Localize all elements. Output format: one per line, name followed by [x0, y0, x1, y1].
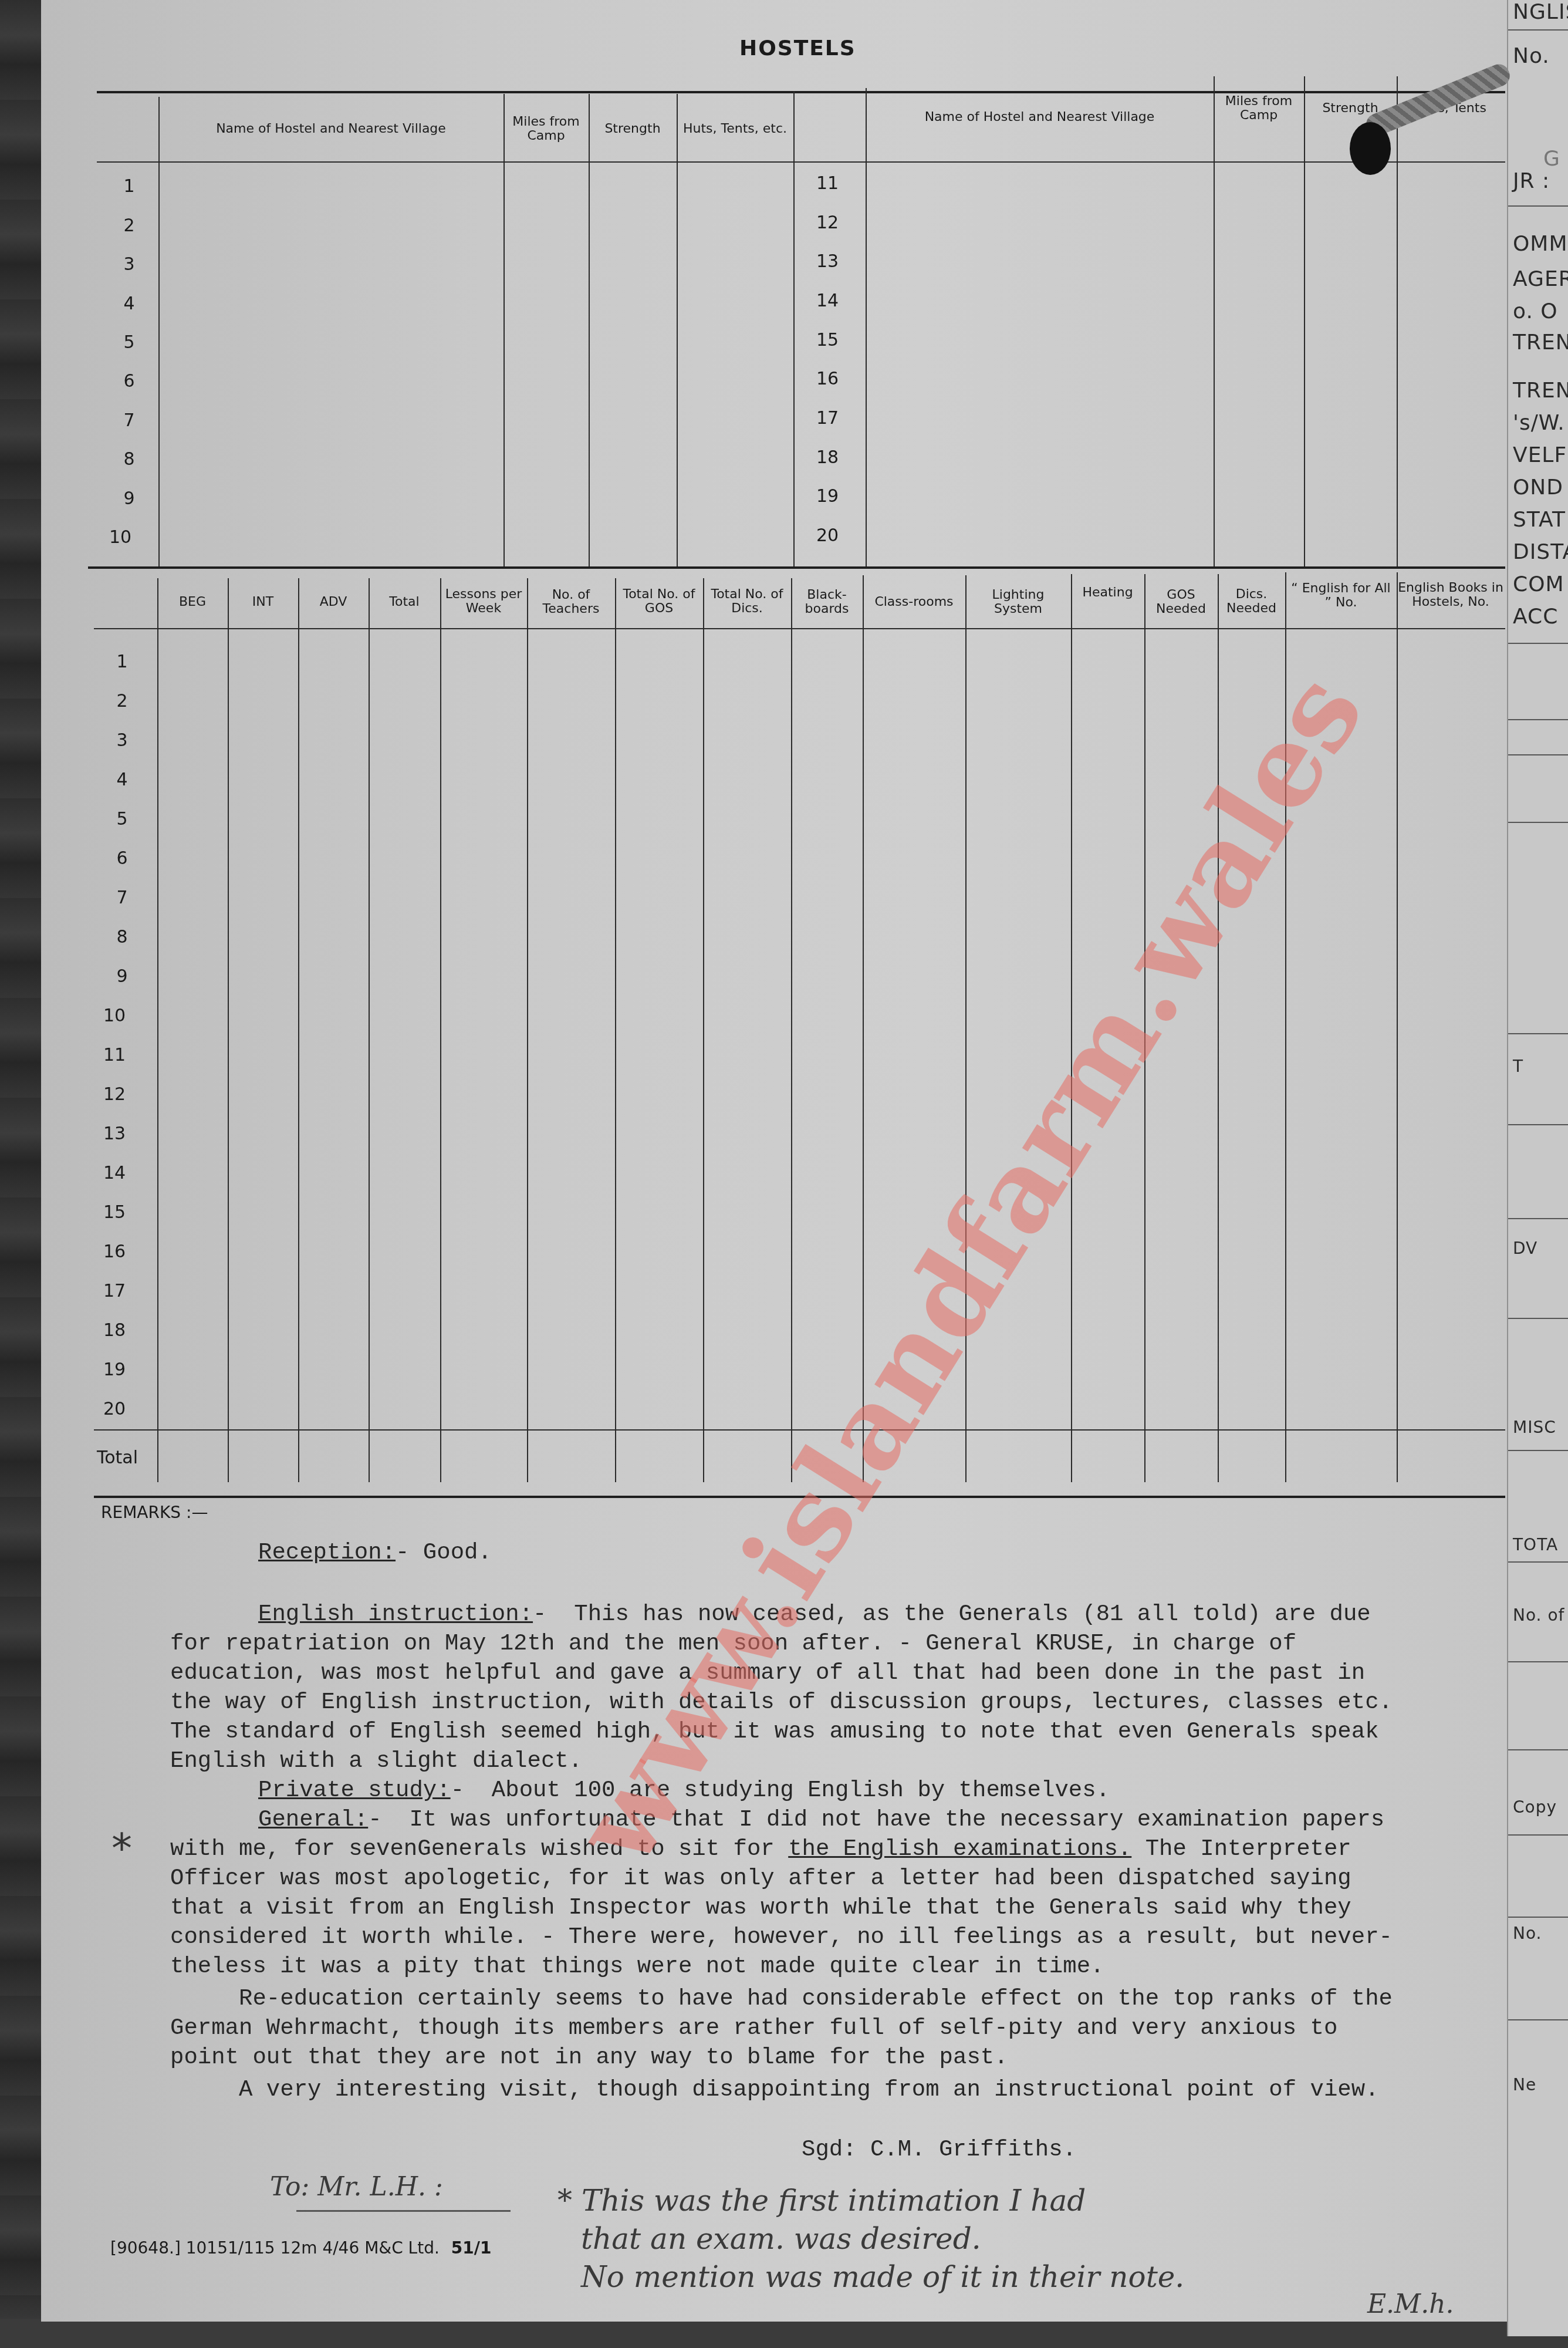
row-number: 5 [99, 809, 146, 829]
table-bottom-rule [94, 1496, 1505, 1498]
divider [1508, 29, 1568, 31]
row-number: 11 [91, 1045, 138, 1065]
divider [1508, 719, 1568, 720]
row-number: 13 [91, 1124, 138, 1144]
adjacent-page-fragment: DISTA [1513, 540, 1568, 564]
adjacent-page-fragment: OMMA [1513, 232, 1568, 256]
handwritten-underline [296, 2210, 511, 2212]
column-header-hostel-name: Name of Hostel and Nearest Village [160, 100, 502, 158]
column-header-english-books: English Books in Hostels, No. [1398, 568, 1503, 622]
adjacent-page: NGLIS No. G JR : OMMA AGER o. O TREN TRE… [1507, 0, 1568, 2336]
column-divider [527, 578, 528, 1482]
column-divider [866, 88, 867, 566]
column-header-teachers: No. of Teachers [528, 578, 614, 626]
adjacent-page-fragment: No. [1513, 44, 1550, 68]
divider [1508, 1033, 1568, 1034]
column-divider [440, 578, 441, 1482]
row-number: 16 [91, 1242, 138, 1262]
row-number: 19 [804, 486, 851, 507]
column-header-adv: ADV [299, 578, 367, 626]
row-number: 12 [804, 212, 851, 233]
row-number: 14 [91, 1163, 138, 1183]
remarks-text: that a visit from an English Inspector w… [170, 1893, 1351, 1922]
remarks-text: education, was most helpful and gave a s… [170, 1658, 1365, 1688]
row-number: 10 [91, 1006, 138, 1026]
row-number: 2 [106, 215, 153, 236]
underlined-text: the English examinations. [788, 1836, 1131, 1862]
adjacent-page-fragment: ACC [1513, 605, 1558, 629]
general-heading: General: [258, 1807, 368, 1833]
divider [1508, 1917, 1568, 1918]
row-number: 12 [91, 1084, 138, 1105]
adjacent-page-fragment: JR : [1513, 169, 1550, 193]
column-header-english-for-all: “ English for All ” No. [1286, 569, 1395, 622]
column-divider [228, 578, 229, 1482]
adjacent-page-fragment: No. of [1513, 1605, 1564, 1625]
header-bottom-rule [94, 628, 1505, 629]
divider [1508, 1834, 1568, 1836]
column-divider [1218, 574, 1219, 1482]
row-number: 8 [99, 927, 146, 947]
column-header-total: Total [370, 578, 439, 626]
row-number: 18 [91, 1320, 138, 1341]
handwritten-note-line: that an exam. was desired. [581, 2222, 981, 2256]
column-divider [1397, 572, 1398, 1482]
column-divider [863, 575, 864, 1482]
adjacent-page-fragment: NGLIS [1513, 0, 1568, 24]
remarks-text: - This has now ceased, as the Generals (… [533, 1601, 1371, 1627]
column-divider [1304, 76, 1305, 566]
column-divider [793, 91, 795, 566]
row-number: 9 [106, 488, 153, 509]
column-header-lessons-per-week: Lessons per Week [441, 575, 526, 628]
column-header-hostel-name: Name of Hostel and Nearest Village [867, 88, 1212, 147]
adjacent-page-fragment: MISC [1513, 1418, 1556, 1437]
divider [1508, 1561, 1568, 1563]
row-number: 6 [106, 371, 153, 392]
remarks-text: considered it worth while. - There were,… [170, 1922, 1393, 1952]
remarks-text: English with a slight dialect. [170, 1746, 582, 1776]
handwritten-note-line: No mention was made of it in their note. [581, 2260, 1184, 2294]
row-number: 18 [804, 447, 851, 468]
column-divider [615, 578, 616, 1482]
remarks-label: REMARKS :— [101, 1503, 208, 1522]
divider [1508, 754, 1568, 755]
column-divider [965, 575, 967, 1482]
adjacent-page-fragment: TREN [1513, 330, 1568, 355]
remarks-text: for repatriation on May 12th and the men… [170, 1629, 1296, 1658]
desk-background [0, 0, 41, 2348]
column-divider [1071, 574, 1072, 1482]
reception-text: - Good. [396, 1540, 492, 1566]
remarks-text: A very interesting visit, though disappo… [170, 2075, 1379, 2104]
row-number: 19 [91, 1359, 138, 1380]
remarks-text: point out that they are not in any way t… [170, 2043, 1008, 2072]
row-number: 6 [99, 848, 146, 869]
private-study-heading: Private study: [258, 1777, 451, 1803]
total-row-rule [94, 1429, 1505, 1431]
binding-hole [1350, 122, 1391, 175]
row-number: 17 [804, 408, 851, 429]
reception-heading: Reception: [258, 1540, 396, 1566]
remarks-line: Reception:- Good. [258, 1538, 492, 1567]
adjacent-page-fragment: 's/W. [1513, 411, 1565, 435]
column-header-miles: Miles from Camp [505, 100, 587, 158]
english-instruction-heading: English instruction: [258, 1601, 533, 1627]
column-divider [503, 94, 505, 566]
adjacent-page-fragment: Ne [1513, 2075, 1536, 2094]
desk-background-bottom [0, 2319, 1568, 2348]
row-number: 20 [804, 525, 851, 546]
row-number: 17 [91, 1281, 138, 1301]
column-header-total-dics: Total No. of Dics. [704, 575, 790, 628]
column-divider [703, 578, 704, 1482]
row-number: 20 [91, 1399, 138, 1419]
row-number: 1 [106, 176, 153, 197]
adjacent-page-fragment: OND [1513, 475, 1563, 500]
row-number: 15 [804, 330, 851, 350]
remarks-text: - About 100 are studying English by them… [451, 1777, 1110, 1803]
column-divider [1214, 76, 1215, 566]
adjacent-page-fragment: TOTA [1513, 1535, 1558, 1554]
column-divider [1144, 574, 1145, 1482]
column-header-huts: Huts, Tents, etc. [678, 100, 792, 158]
column-header-beg: BEG [158, 578, 227, 626]
divider [1508, 1318, 1568, 1319]
column-header-strength: Strength [590, 100, 675, 158]
divider [1508, 1218, 1568, 1219]
form-number: 51/1 [451, 2238, 492, 2258]
print-footer: [90648.] 10151/115 12m 4/46 M&C Ltd.51/1 [110, 2238, 492, 2258]
row-number: 5 [106, 332, 153, 353]
row-number: 3 [106, 254, 153, 275]
remarks-text: theless it was a pity that things were n… [170, 1952, 1104, 1981]
column-divider [791, 578, 792, 1482]
column-divider [157, 578, 158, 1482]
divider [1508, 205, 1568, 207]
column-divider [369, 578, 370, 1482]
row-number: 16 [804, 369, 851, 389]
row-number: 1 [99, 652, 146, 672]
column-header-blackboards: Black-boards [792, 578, 861, 626]
column-header-dics-needed: Dics. Needed [1219, 578, 1284, 625]
column-header-lighting: Lighting System [967, 578, 1070, 626]
row-number: 3 [99, 730, 146, 751]
column-divider [589, 94, 590, 566]
column-header-classrooms: Class-rooms [864, 578, 964, 626]
adjacent-page-fragment: Copy [1513, 1797, 1557, 1817]
adjacent-page-fragment: o. O [1513, 299, 1558, 323]
column-header-gos-needed: GOS Needed [1145, 578, 1216, 626]
column-header-int: INT [229, 578, 297, 626]
handwritten-addressee: To: Mr. L.H. : [270, 2172, 443, 2202]
row-number: 13 [804, 251, 851, 272]
divider [1508, 1450, 1568, 1451]
row-number: 8 [106, 449, 153, 470]
remarks-text: - It was unfortunate that I did not have… [368, 1807, 1384, 1833]
column-header-miles: Miles from Camp [1215, 76, 1303, 141]
row-number: 2 [99, 691, 146, 711]
adjacent-page-fragment: STAT [1513, 508, 1566, 532]
column-header-heating: Heating [1072, 572, 1143, 613]
adjacent-page-fragment: AGER [1513, 267, 1568, 291]
divider [1508, 2019, 1568, 2020]
column-divider [677, 94, 678, 566]
handwritten-initials: E.M.h. [1367, 2289, 1454, 2319]
divider [1508, 1749, 1568, 1750]
divider [1508, 822, 1568, 823]
remarks-line: English instruction:- This has now cease… [258, 1600, 1371, 1629]
remarks-text: German Wehrmacht, though its members are… [170, 2013, 1337, 2043]
adjacent-page-fragment: COM [1513, 572, 1564, 596]
column-divider [158, 97, 160, 566]
remarks-text: Re-education certainly seems to have had… [170, 1984, 1393, 2013]
row-number: 11 [804, 173, 851, 194]
table-bottom-rule [88, 566, 1505, 569]
column-divider [1285, 572, 1286, 1482]
adjacent-page-fragment: G [1543, 147, 1560, 171]
print-code: [90648.] 10151/115 12m 4/46 M&C Ltd. [110, 2238, 440, 2258]
row-number: 4 [106, 293, 153, 314]
remarks-line: with me, for sevenGenerals wished to sit… [170, 1834, 1351, 1864]
remarks-text: the way of English instruction, with det… [170, 1688, 1393, 1717]
total-row-label: Total [88, 1448, 147, 1468]
divider [1508, 1124, 1568, 1125]
remarks-line: Private study:- About 100 are studying E… [258, 1776, 1110, 1805]
row-number: 10 [97, 527, 144, 548]
row-number: 14 [804, 291, 851, 311]
row-number: 4 [99, 770, 146, 790]
divider [1508, 1661, 1568, 1662]
adjacent-page-fragment: TREN [1513, 379, 1568, 403]
remarks-text: The standard of English seemed high, but… [170, 1717, 1379, 1746]
column-divider [298, 578, 299, 1482]
adjacent-page-fragment: No. [1513, 1924, 1542, 1943]
page-title: HOSTELS [739, 36, 856, 60]
column-divider [1397, 76, 1398, 566]
remarks-text: The Interpreter [1131, 1836, 1351, 1862]
remarks-line: General:- It was unfortunate that I did … [258, 1805, 1384, 1834]
header-bottom-rule [97, 161, 1505, 163]
row-number: 9 [99, 966, 146, 987]
signature: Sgd: C.M. Griffiths. [802, 2137, 1076, 2163]
margin-asterisk: * [111, 1824, 132, 1873]
adjacent-page-fragment: DV [1513, 1239, 1537, 1258]
column-header-total-gos: Total No. of GOS [616, 575, 702, 628]
row-number: 7 [99, 888, 146, 908]
remarks-text: with me, for sevenGenerals wished to sit… [170, 1836, 788, 1862]
remarks-text: Officer was most apologetic, for it was … [170, 1864, 1351, 1893]
adjacent-page-fragment: T [1513, 1057, 1523, 1076]
adjacent-page-fragment: VELF [1513, 443, 1567, 467]
row-number: 15 [91, 1202, 138, 1223]
divider [1508, 643, 1568, 644]
handwritten-note-line: * This was the first intimation I had [557, 2184, 1086, 2218]
row-number: 7 [106, 410, 153, 431]
